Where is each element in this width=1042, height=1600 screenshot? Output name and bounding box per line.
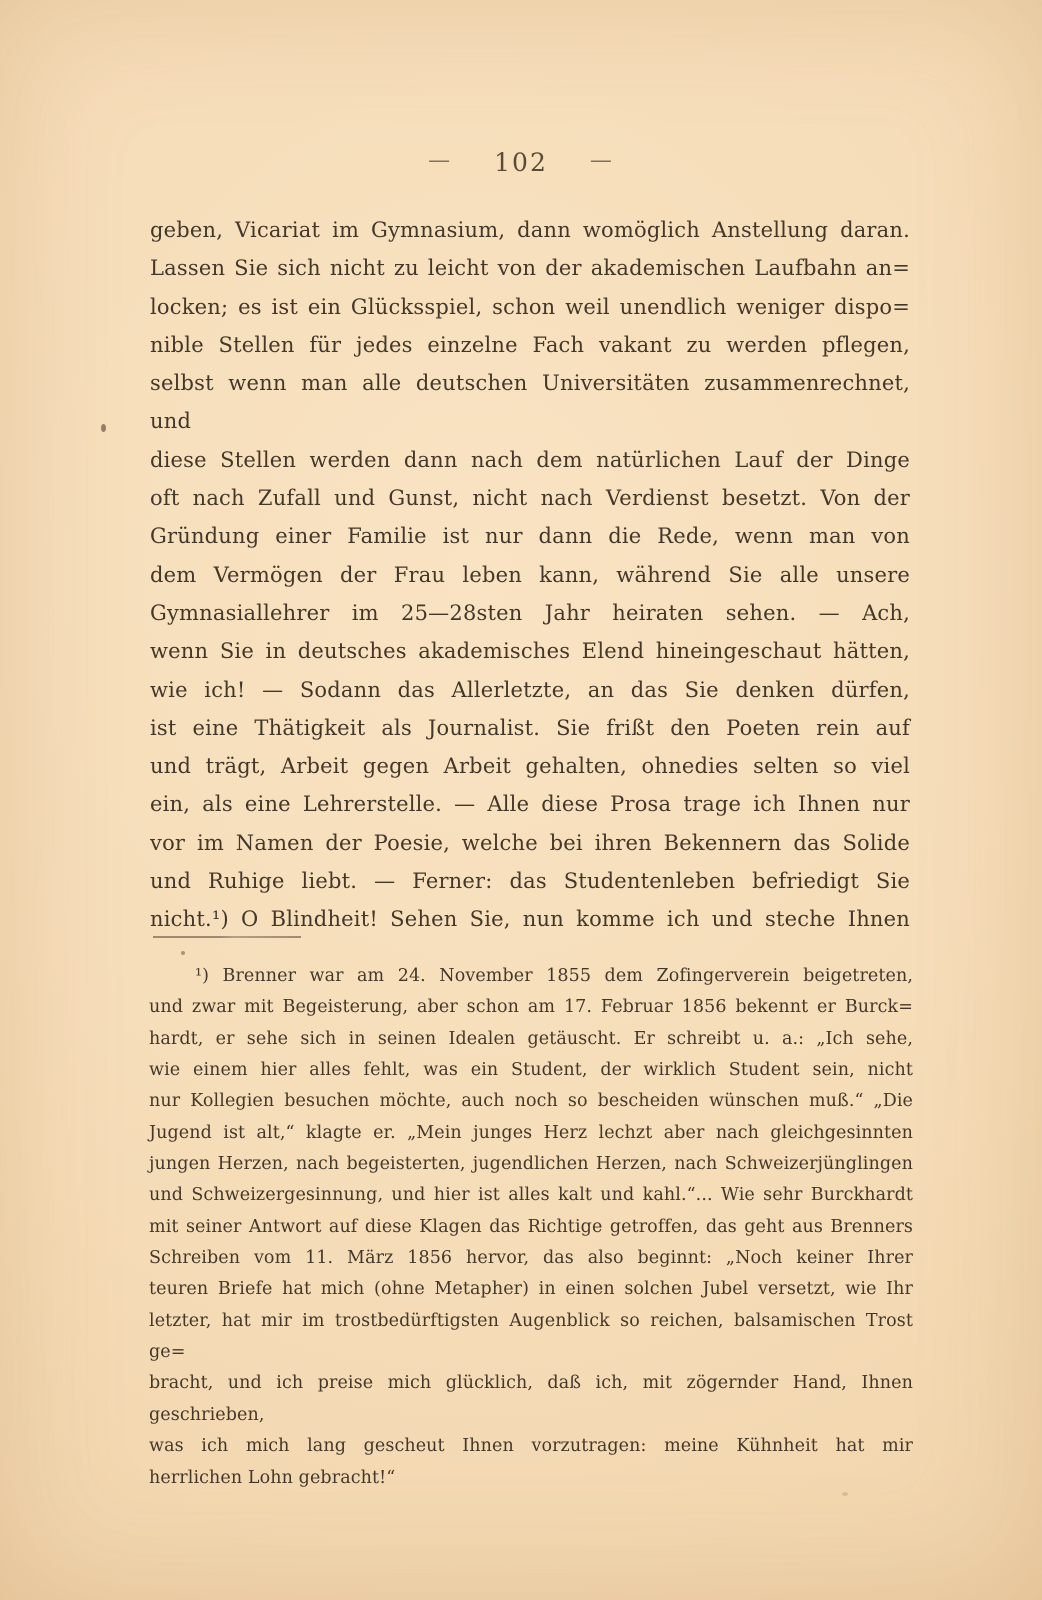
- text-line: nicht.¹) O Blindheit! Sehen Sie, nun kom…: [150, 900, 910, 938]
- text-line: Lassen Sie sich nicht zu leicht von der …: [150, 249, 910, 287]
- text-line: nur Kollegien besuchen möchte, auch noch…: [149, 1086, 913, 1117]
- text-line: locken; es ist ein Glücksspiel, schon we…: [150, 288, 910, 326]
- paper-speck: [842, 1492, 848, 1496]
- text-line: wenn Sie in deutsches akademisches Elend…: [150, 632, 910, 670]
- text-line: oft nach Zufall und Gunst, nicht nach Ve…: [150, 479, 910, 517]
- text-line: und Ruhige liebt. — Ferner: das Studente…: [150, 862, 910, 900]
- text-line: und trägt, Arbeit gegen Arbeit gehalten,…: [150, 747, 910, 785]
- text-line: letzter, hat mir im trostbedürftigsten A…: [149, 1306, 913, 1369]
- footnote-separator-rule: [153, 936, 301, 938]
- paper-speck: [101, 424, 106, 432]
- text-line: wie ich! — Sodann das Allerletzte, an da…: [150, 671, 910, 709]
- text-line: nible Stellen für jedes einzelne Fach va…: [150, 326, 910, 364]
- text-line: bracht, und ich preise mich glücklich, d…: [149, 1368, 913, 1431]
- text-line: herrlichen Lohn gebracht!“: [149, 1463, 913, 1494]
- text-line: selbst wenn man alle deutschen Universit…: [150, 364, 910, 441]
- text-line: Schreiben vom 11. März 1856 hervor, das …: [149, 1243, 913, 1274]
- text-line: teuren Briefe hat mich (ohne Metapher) i…: [149, 1274, 913, 1305]
- paper-speck: [181, 951, 185, 955]
- book-page: — 102 — geben, Vicariat im Gymnasium, da…: [0, 0, 1042, 1600]
- running-head-dash-left: —: [428, 148, 452, 173]
- text-line: und zwar mit Begeisterung, aber schon am…: [149, 992, 913, 1023]
- page-number: 102: [494, 148, 548, 177]
- running-head-dash-right: —: [590, 148, 614, 173]
- text-line: diese Stellen werden dann nach dem natür…: [150, 441, 910, 479]
- text-line: ist eine Thätigkeit als Journalist. Sie …: [150, 709, 910, 747]
- text-line: vor im Namen der Poesie, welche bei ihre…: [150, 824, 910, 862]
- text-line: dem Vermögen der Frau leben kann, währen…: [150, 556, 910, 594]
- text-line: wie einem hier alles fehlt, was ein Stud…: [149, 1055, 913, 1086]
- text-line: und Schweizergesinnung, und hier ist all…: [149, 1180, 913, 1211]
- text-line: was ich mich lang gescheut Ihnen vorzutr…: [149, 1431, 913, 1462]
- running-head: — 102 —: [0, 148, 1042, 177]
- main-text-block: geben, Vicariat im Gymnasium, dann womög…: [150, 211, 910, 939]
- text-line: hardt, er sehe sich in seinen Idealen ge…: [149, 1024, 913, 1055]
- text-line: geben, Vicariat im Gymnasium, dann womög…: [150, 211, 910, 249]
- text-line: jungen Herzen, nach begeisterten, jugend…: [149, 1149, 913, 1180]
- text-line: Gymnasiallehrer im 25—28sten Jahr heirat…: [150, 594, 910, 632]
- text-line: ¹) Brenner war am 24. November 1855 dem …: [149, 961, 913, 992]
- text-line: Jugend ist alt,“ klagte er. „Mein junges…: [149, 1118, 913, 1149]
- text-line: mit seiner Antwort auf diese Klagen das …: [149, 1212, 913, 1243]
- text-line: ein, als eine Lehrerstelle. — Alle diese…: [150, 785, 910, 823]
- text-line: Gründung einer Familie ist nur dann die …: [150, 517, 910, 555]
- footnote-block: ¹) Brenner war am 24. November 1855 dem …: [149, 961, 913, 1494]
